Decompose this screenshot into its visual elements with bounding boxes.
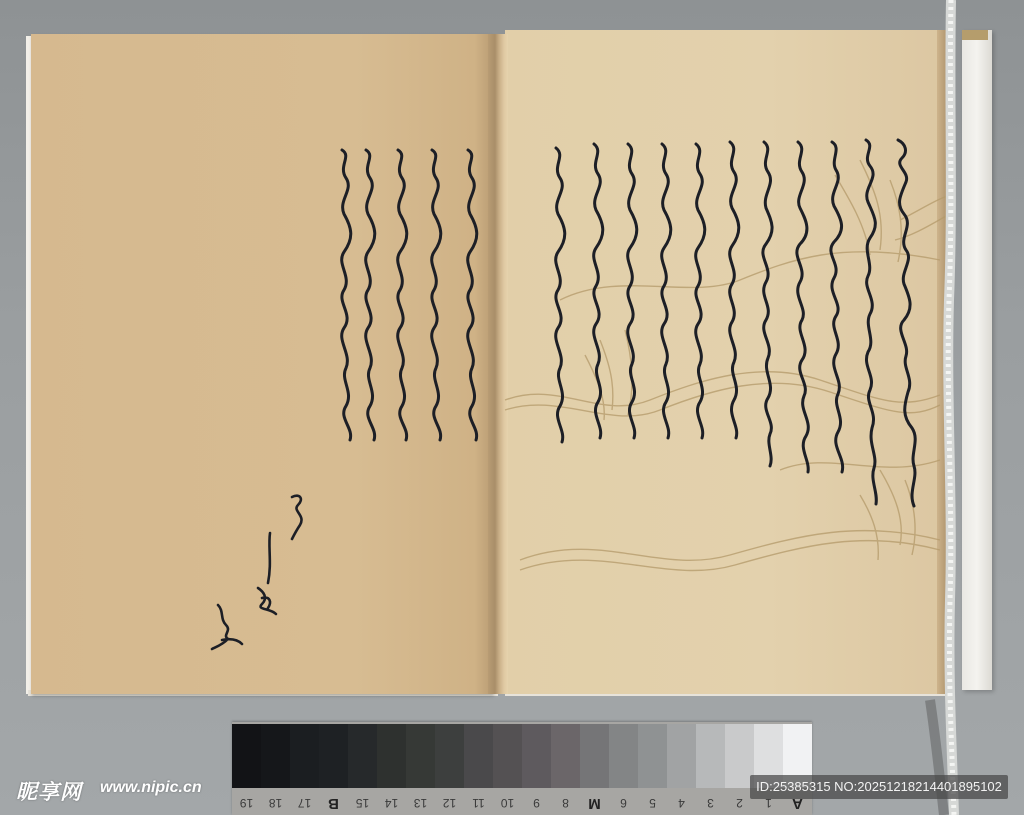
- calligraphy-artwork: [0, 0, 1024, 815]
- gray-swatch: [406, 724, 435, 788]
- gray-swatch: [319, 724, 348, 788]
- gray-swatch: [580, 724, 609, 788]
- scale-label: 4: [667, 792, 696, 814]
- scale-label: 9: [522, 792, 551, 814]
- gray-swatch: [667, 724, 696, 788]
- gray-swatch: [290, 724, 319, 788]
- left-page-text: [342, 150, 477, 440]
- gray-swatch: [348, 724, 377, 788]
- watermark-logo: 昵享网: [16, 776, 82, 806]
- scale-label: 17: [290, 792, 319, 814]
- gray-swatch: [696, 724, 725, 788]
- scale-label: 8: [551, 792, 580, 814]
- scale-labels: 191817B15141312111098M654321A: [232, 792, 812, 814]
- gray-swatch: [232, 724, 261, 788]
- signature: [212, 496, 302, 649]
- scale-label: 18: [261, 792, 290, 814]
- grass-wave-decoration: [505, 160, 950, 571]
- color-calibration-scale: 191817B15141312111098M654321A: [232, 722, 812, 815]
- grayscale-swatches: [232, 724, 812, 788]
- scale-label: 11: [464, 792, 493, 814]
- gray-swatch: [261, 724, 290, 788]
- gray-swatch: [551, 724, 580, 788]
- gray-swatch: [522, 724, 551, 788]
- scale-label: M: [580, 792, 609, 814]
- gray-swatch: [377, 724, 406, 788]
- gray-swatch: [464, 724, 493, 788]
- scale-label: B: [319, 792, 348, 814]
- scale-label: 19: [232, 792, 261, 814]
- gray-swatch: [609, 724, 638, 788]
- scale-label: 5: [638, 792, 667, 814]
- gray-swatch: [435, 724, 464, 788]
- scale-label: 15: [348, 792, 377, 814]
- scale-label: 6: [609, 792, 638, 814]
- right-page-text: [556, 140, 916, 506]
- scale-label: 12: [435, 792, 464, 814]
- gray-swatch: [493, 724, 522, 788]
- scale-label: 13: [406, 792, 435, 814]
- gray-swatch: [638, 724, 667, 788]
- scale-label: 14: [377, 792, 406, 814]
- scale-label: 3: [696, 792, 725, 814]
- watermark-id-badge: ID:25385315 NO:20251218214401895102: [750, 775, 1008, 799]
- watermark-url: www.nipic.cn: [100, 779, 202, 797]
- scale-label: 10: [493, 792, 522, 814]
